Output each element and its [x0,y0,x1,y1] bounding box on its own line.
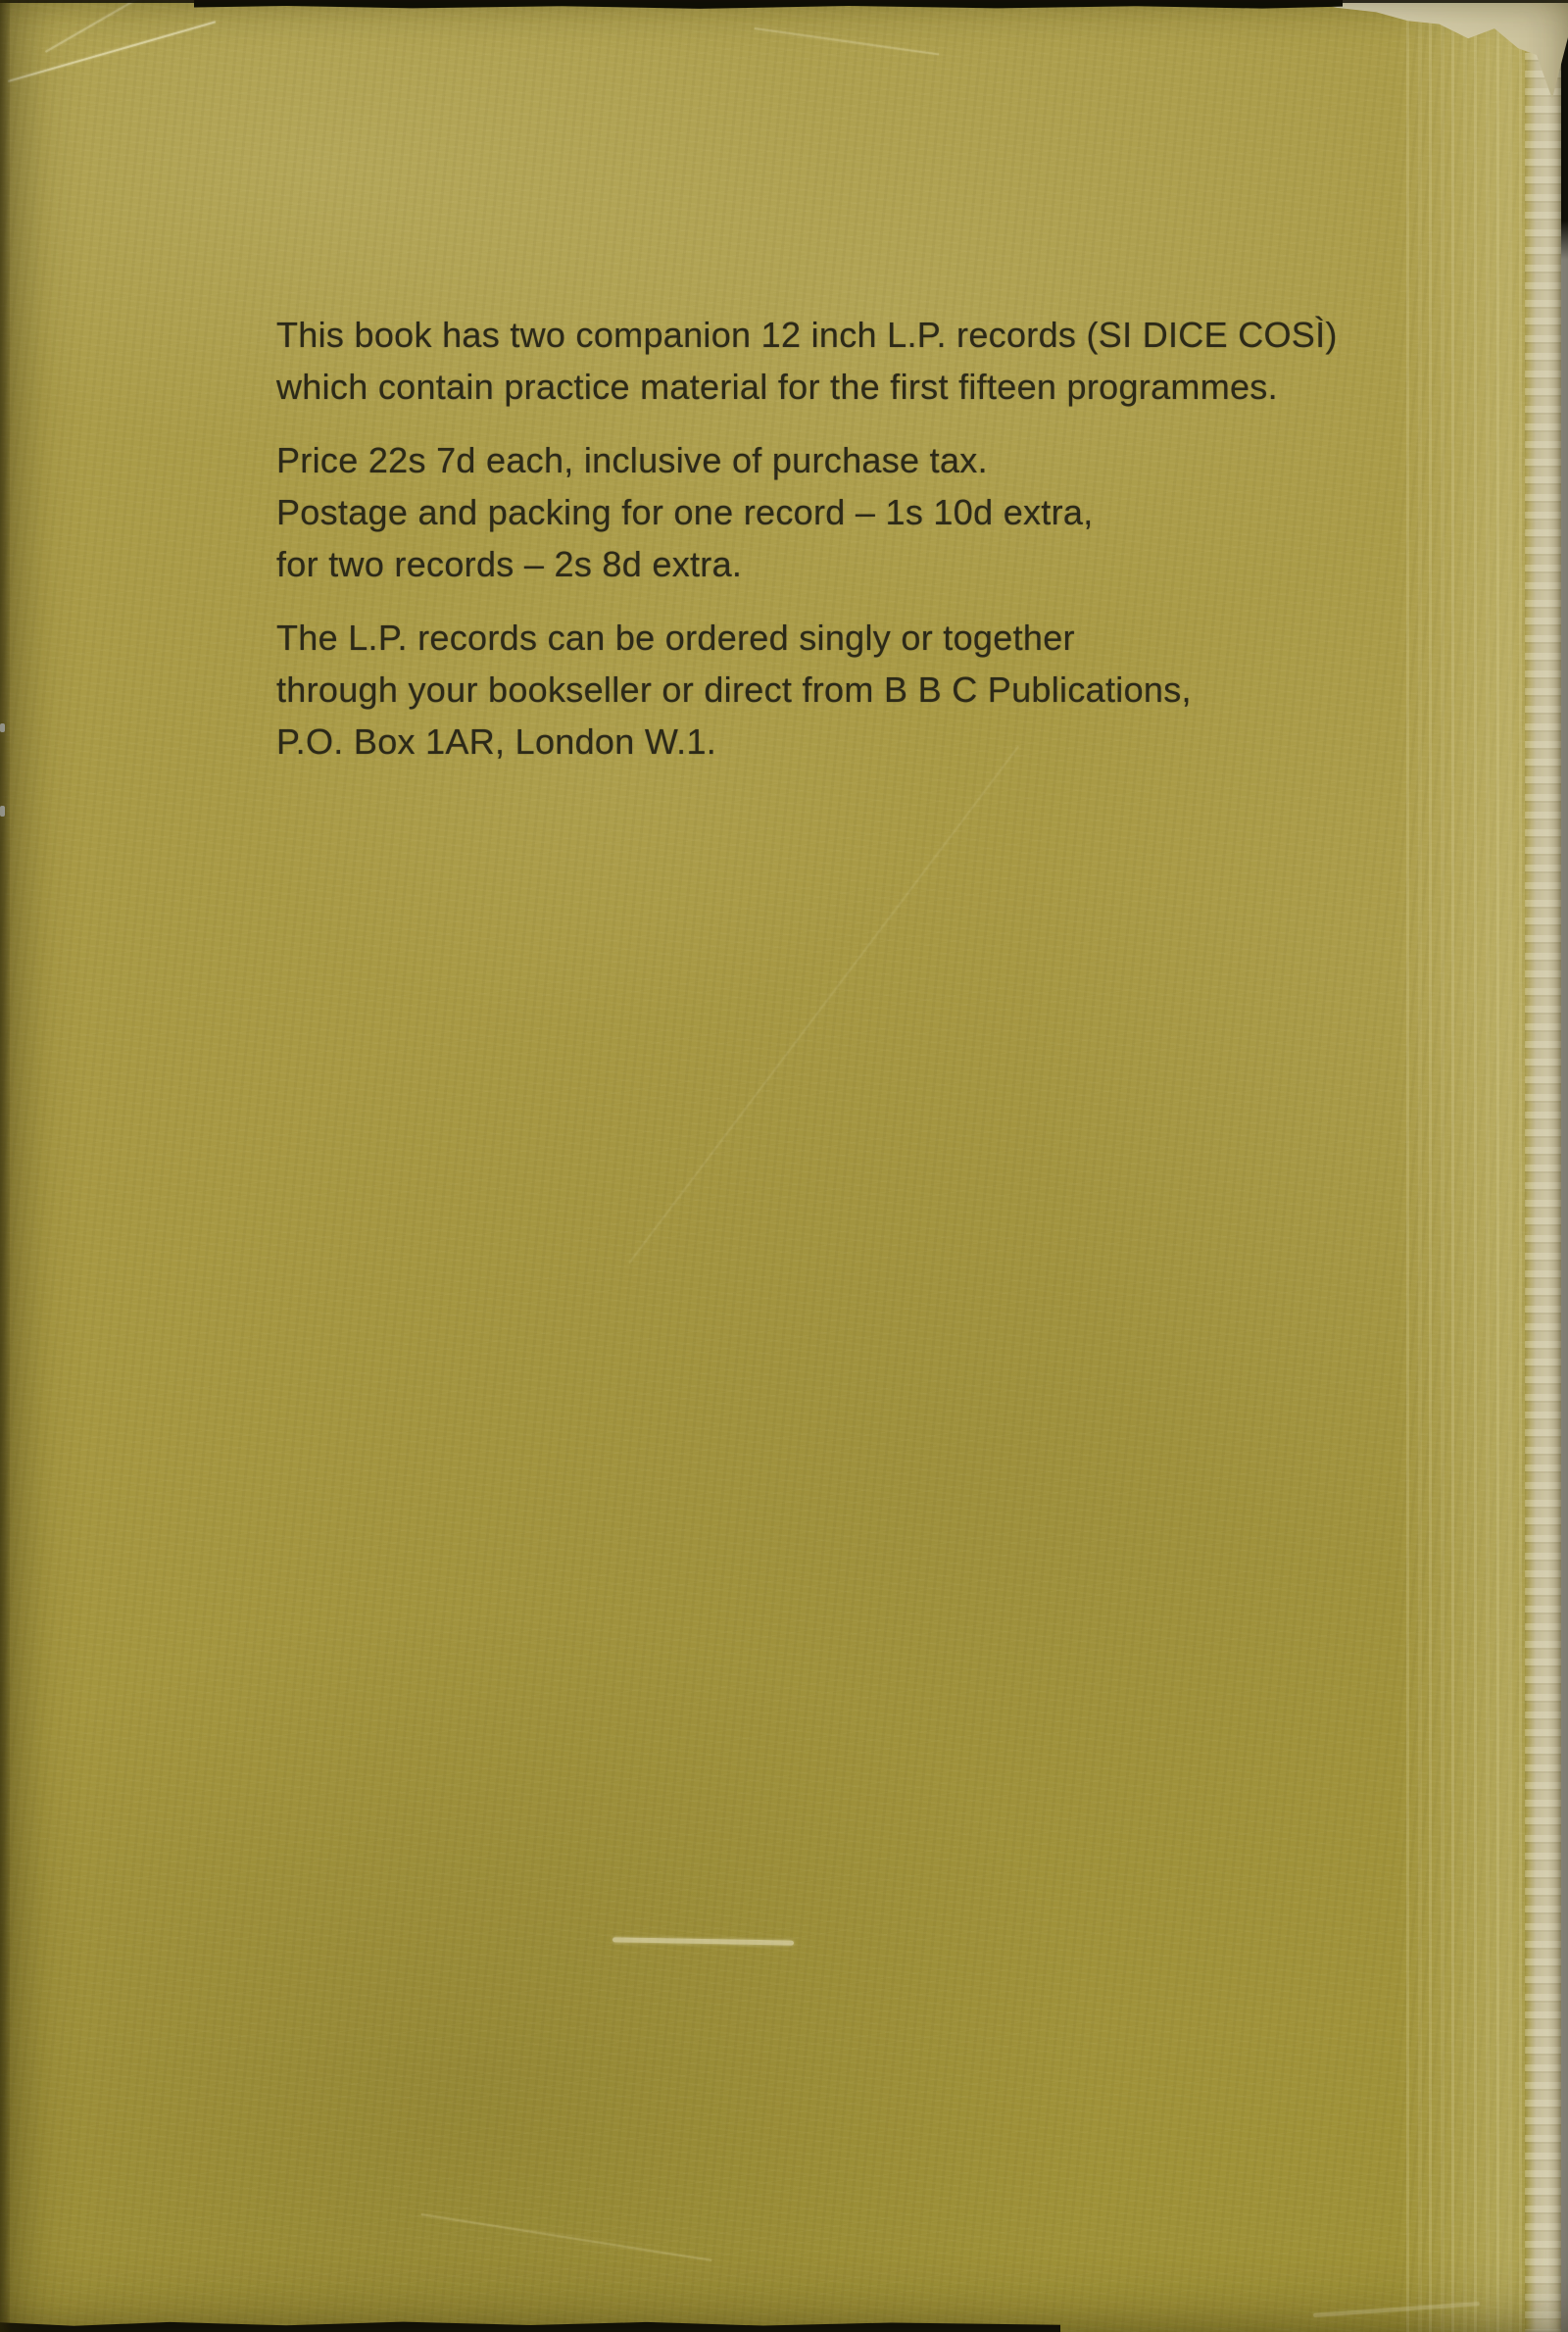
cover-vignette [0,0,1568,2332]
scanned-book-back-cover: This book has two companion 12 inch L.P.… [0,0,1568,2332]
